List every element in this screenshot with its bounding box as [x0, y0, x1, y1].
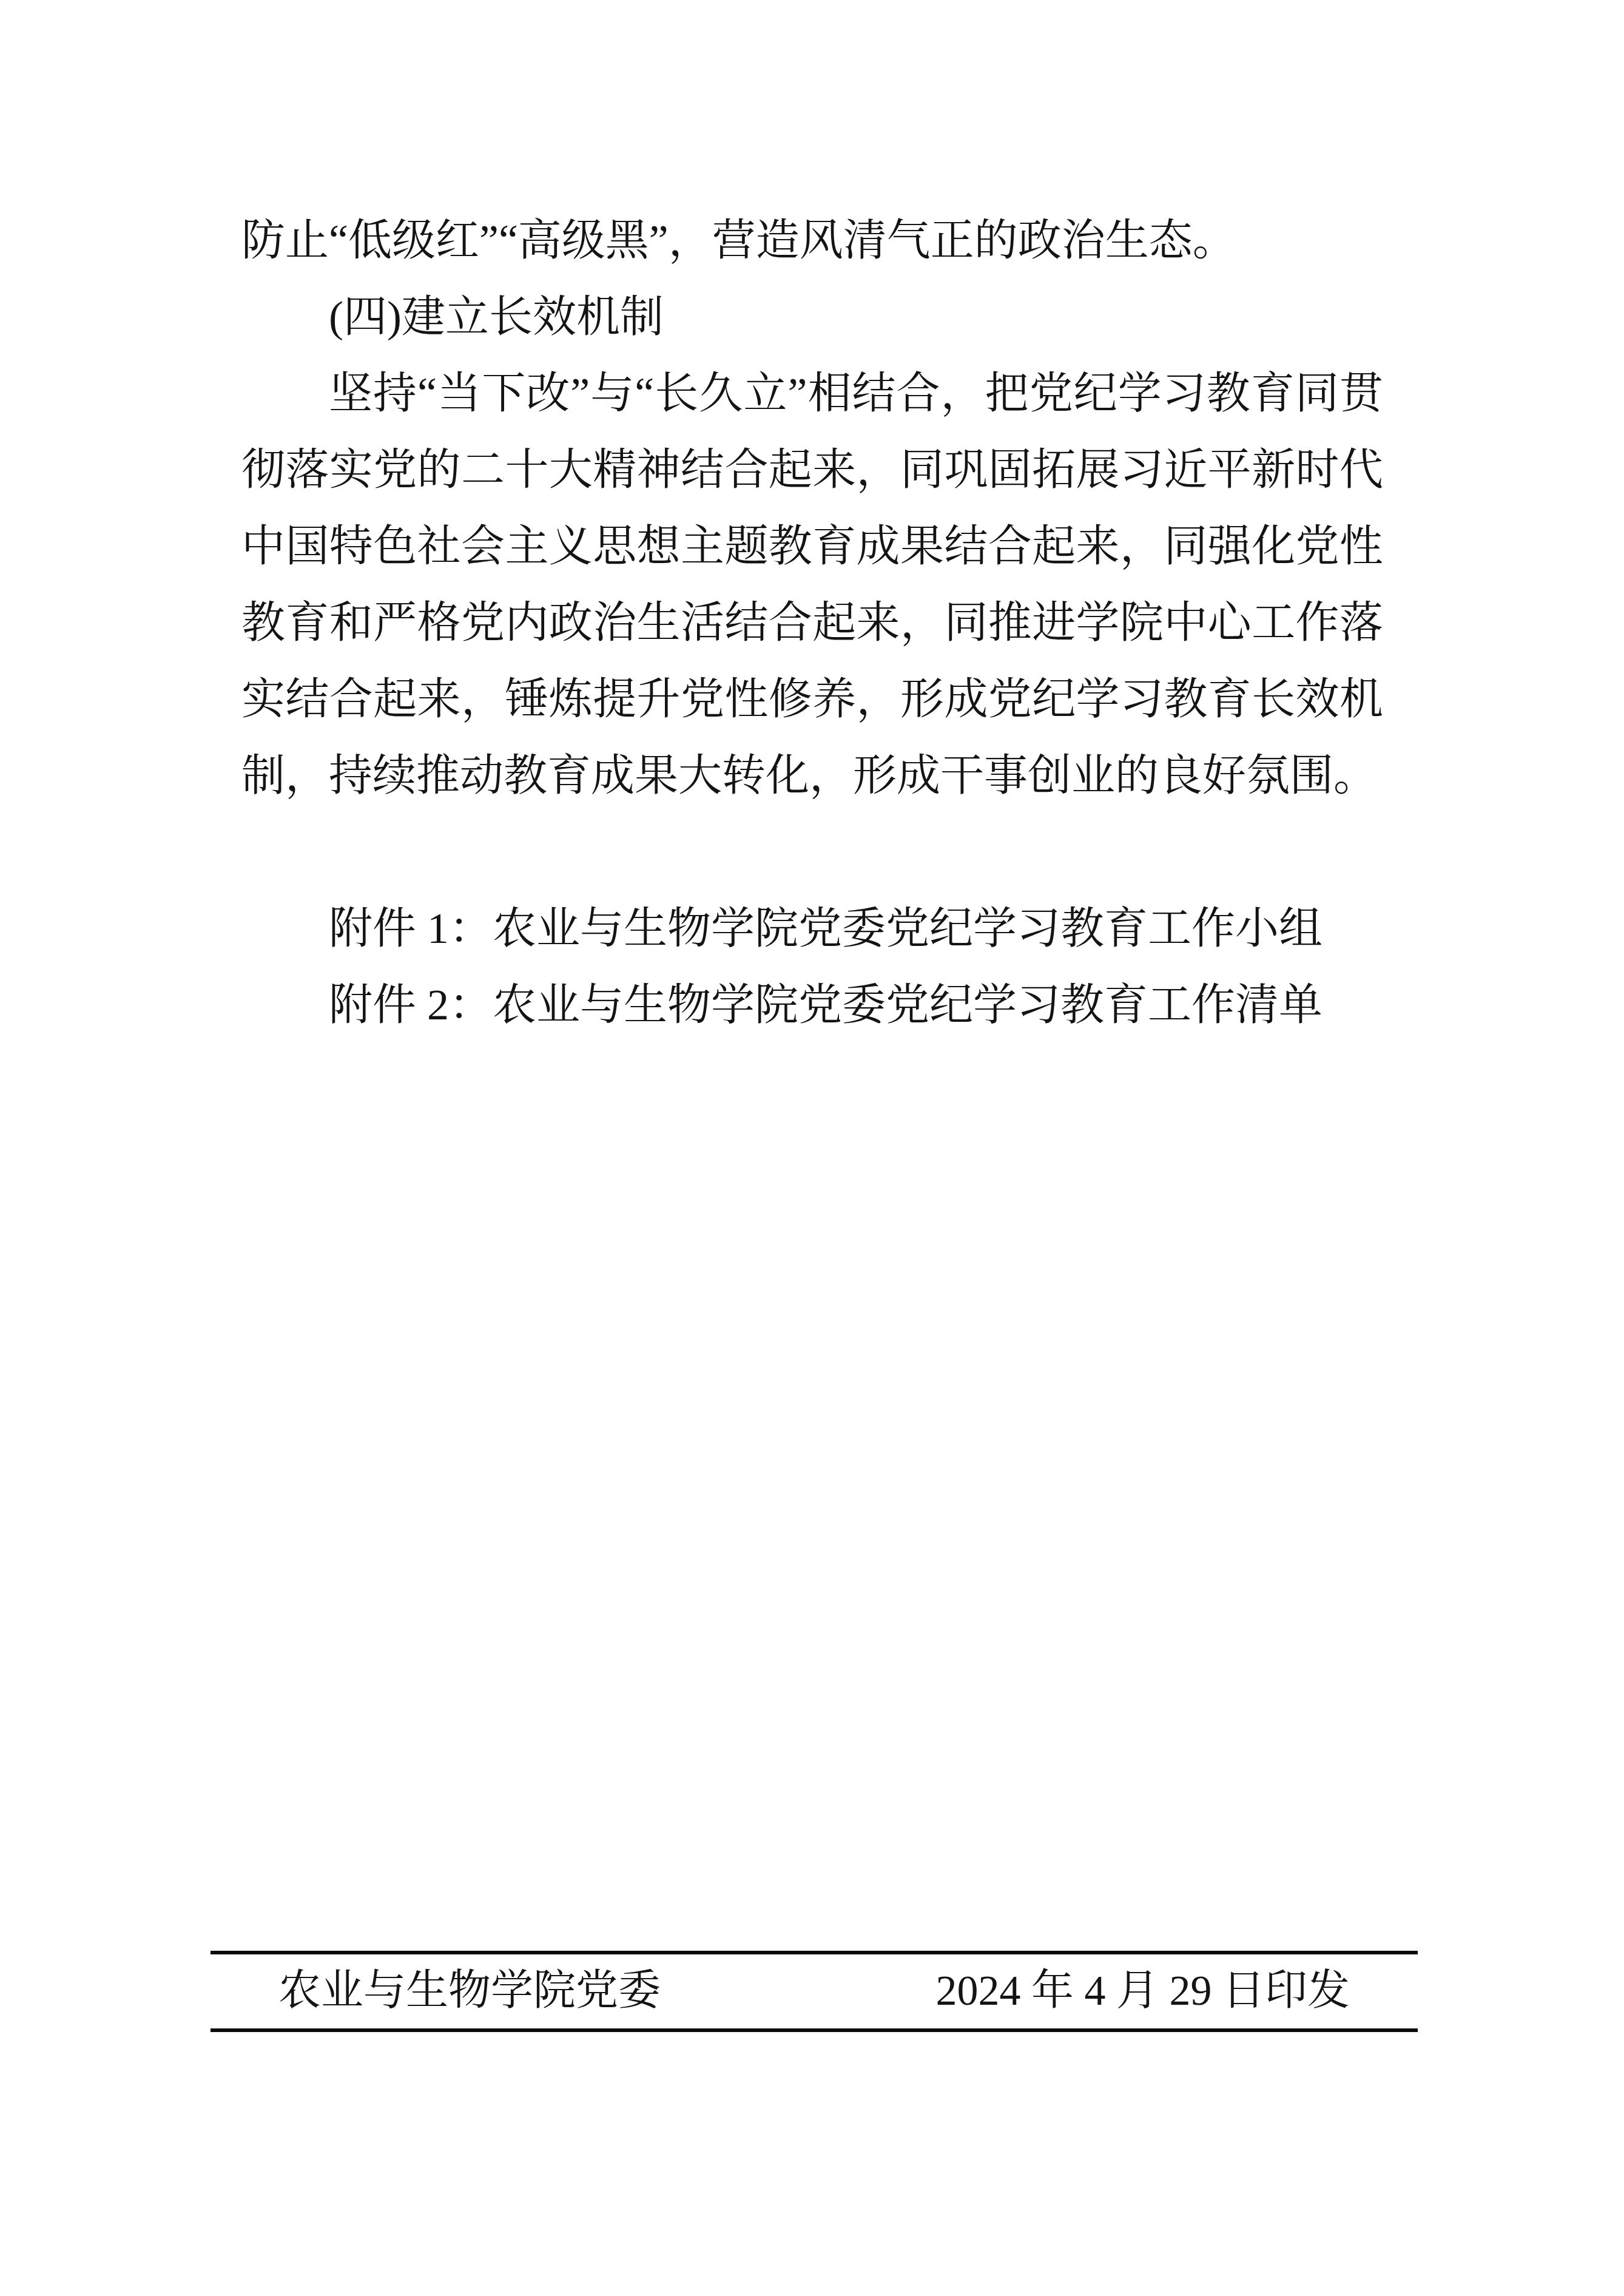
attachment-line-1: 附件 1：农业与生物学院党委党纪学习教育工作小组: [241, 890, 1383, 967]
blank-line-spacer: [241, 814, 1383, 890]
section-heading: (四)建立长效机制: [241, 279, 1383, 355]
document-body: 防止“低级红”“高级黑”，营造风清气正的政治生态。 (四)建立长效机制 坚持“当…: [241, 202, 1383, 1043]
colophon-footer: 农业与生物学院党委 2024 年 4 月 29 日印发: [211, 1951, 1418, 2032]
paragraph-continuation: 防止“低级红”“高级黑”，营造风清气正的政治生态。: [241, 202, 1383, 279]
issuer-name: 农业与生物学院党委: [278, 1970, 661, 2013]
print-date: 2024 年 4 月 29 日印发: [936, 1970, 1350, 2013]
document-page: 防止“低级红”“高级黑”，营造风清气正的政治生态。 (四)建立长效机制 坚持“当…: [0, 0, 1624, 2296]
paragraph-long-term-mechanism: 坚持“当下改”与“长久立”相结合，把党纪学习教育同贯彻落实党的二十大精神结合起来…: [241, 355, 1383, 814]
attachment-line-2: 附件 2：农业与生物学院党委党纪学习教育工作清单: [241, 967, 1383, 1043]
